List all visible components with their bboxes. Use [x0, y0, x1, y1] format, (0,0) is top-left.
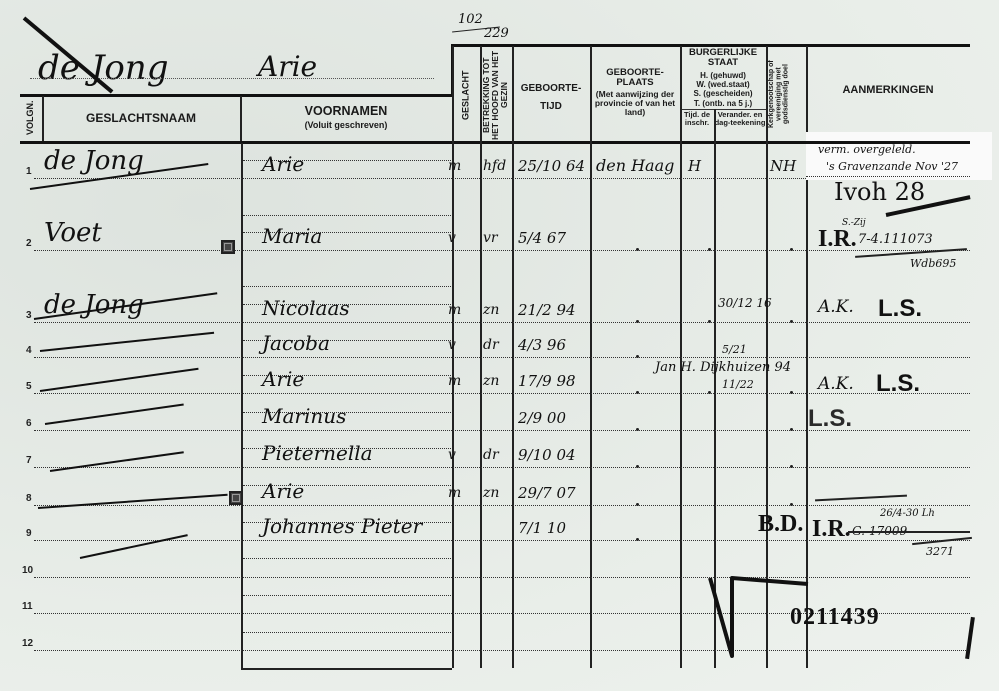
row-geboortetijd: 25/10 64	[518, 157, 585, 175]
header-geslacht: GESLACHT	[456, 52, 476, 138]
col-line-volgn	[42, 96, 44, 141]
r9-num-note: 3271	[926, 545, 954, 558]
ditto-stroke-r9	[80, 534, 188, 559]
ditto-stroke-r8	[38, 494, 228, 509]
ditto-dot	[790, 391, 793, 394]
header-geboorteplaats-sub: (Met aanwijzing der provincie of van het…	[592, 90, 678, 117]
ditto-stroke-r6	[45, 404, 184, 425]
row-dotline	[34, 577, 970, 578]
r6-ls-stamp: L.S.	[808, 405, 852, 433]
margin-mark	[965, 617, 975, 659]
r9-g-strike	[848, 531, 970, 533]
row-betrekking: vr	[483, 230, 498, 246]
row-number: 1	[26, 166, 32, 177]
row-number: 3	[26, 310, 32, 321]
header-top-rule-left	[20, 94, 452, 97]
ditto-dot	[636, 503, 639, 506]
marker-square-r2	[221, 240, 235, 254]
ditto-dot	[790, 320, 793, 323]
card-number-stamp: 0211439	[790, 604, 880, 631]
row-geboortetijd: 2/9 00	[518, 409, 566, 427]
row-number: 2	[26, 238, 32, 249]
ditto-dot	[636, 538, 639, 541]
row-geboortetijd: 7/1 10	[518, 519, 566, 537]
row-surname: de Jong	[44, 146, 144, 176]
r3-verander-date: 30/12 16	[718, 296, 772, 310]
row-number: 12	[22, 638, 33, 649]
row-number: 8	[26, 493, 32, 504]
ditto-dot	[790, 503, 793, 506]
row-geslacht: v	[448, 337, 456, 353]
ditto-stroke-r4	[40, 332, 214, 352]
row-geslacht: m	[448, 373, 461, 389]
row-number: 5	[26, 381, 32, 392]
row-geboortetijd: 21/2 94	[518, 301, 576, 319]
ditto-stroke-r5	[40, 368, 199, 392]
persoonskaart-card: 102 229 de Jong Arie VOLGN. GESLACHTSNAA…	[0, 0, 999, 691]
r4-verander-date: 5/21	[722, 343, 747, 356]
legend-ontbonden: T. (ontb. na 5 j.)	[680, 99, 766, 108]
ditto-dot	[636, 355, 639, 358]
row-dotline	[34, 650, 970, 651]
row-firstname: Arie	[262, 367, 304, 391]
r5-ak-note: A.K.	[818, 374, 854, 394]
ditto-dot	[790, 248, 793, 251]
ditto-dot	[636, 391, 639, 394]
r8-date-note: 26/4-30 Lh	[880, 508, 935, 519]
row-geslacht: m	[448, 302, 461, 318]
row-firstname: Jacoba	[262, 331, 330, 355]
row-number: 10	[22, 565, 33, 576]
header-burgerlijke-legend: H. (gehuwd) W. (wed.staat) S. (gescheide…	[680, 71, 766, 108]
voornamen-subline	[243, 595, 451, 596]
row-firstname: Maria	[262, 224, 322, 248]
row-surname: Voet	[44, 218, 102, 248]
r2-ir-stamp: I.R.	[818, 226, 857, 253]
header-verander: Verander. en dag-teekening	[714, 111, 766, 127]
legend-weduwstaat: W. (wed.staat)	[680, 80, 766, 89]
ditto-dot	[708, 391, 711, 394]
row-number: 11	[22, 601, 33, 612]
row-betrekking: zn	[483, 373, 499, 389]
row-number: 9	[26, 528, 32, 539]
voornamen-subline	[243, 286, 451, 287]
patch-dotline	[806, 176, 970, 177]
header-kerkgenootschap: Kerkgenootschap of vereeniging met godsd…	[768, 48, 806, 140]
r9-ir-stamp: I.R.	[812, 516, 851, 543]
r4-dijkhuizen-note: Jan H. Dijkhuizen 94	[655, 360, 791, 375]
header-geslachtsnaam: GESLACHTSNAAM	[42, 112, 240, 125]
header-betrekking: BETREKKING TOT HET HOOFD VAN HET GEZIN	[482, 50, 512, 140]
header-geboorteplaats: GEBOORTE- PLAATS	[590, 68, 680, 88]
row-firstname: Nicolaas	[262, 296, 350, 320]
r3-ls-stamp: L.S.	[878, 295, 922, 323]
header-aanmerkingen: AANMERKINGEN	[806, 85, 970, 97]
header-burgerlijke-staat: BURGERLIJKE STAAT	[680, 48, 766, 68]
row-dotline	[34, 505, 970, 506]
r5-ls-stamp: L.S.	[876, 370, 920, 398]
header-geboortetijd: GEBOORTE- TIJD	[512, 80, 590, 116]
row-geslacht: m	[448, 485, 461, 501]
row-geboortetijd: 4/3 96	[518, 336, 566, 354]
row-number: 4	[26, 345, 32, 356]
row-firstname: Arie	[262, 479, 304, 503]
row-kerk: NH	[770, 157, 796, 175]
r5-verander-date: 11/22	[722, 378, 754, 391]
r2-small-note: S.-Zij	[842, 218, 866, 228]
ditto-dot	[636, 428, 639, 431]
row-firstname: Arie	[262, 152, 304, 176]
reference-numerator: 102	[458, 12, 483, 27]
row-number: 6	[26, 418, 32, 429]
voornamen-subline	[243, 215, 451, 216]
row-betrekking: zn	[483, 485, 499, 501]
header-volgn: VOLGN.	[26, 98, 40, 138]
ditto-dot	[636, 248, 639, 251]
voornamen-subline	[243, 632, 451, 633]
row-geboortetijd: 17/9 98	[518, 372, 576, 390]
row-geboortetijd: 29/7 07	[518, 484, 576, 502]
row-tijd: H	[688, 157, 701, 175]
col-line-geslachtsnaam-header	[240, 96, 242, 141]
r2-wdb-note: Wdb695	[910, 257, 956, 270]
row-geslacht: v	[448, 230, 456, 246]
col-line-voornamen-left	[241, 143, 243, 668]
voornamen-subline	[243, 558, 451, 559]
row-geslacht: m	[448, 158, 461, 174]
row-firstname: Pieternella	[262, 441, 373, 465]
marker-square-r8	[229, 491, 243, 505]
header-voornamen: VOORNAMEN	[240, 105, 452, 118]
row-number: 7	[26, 455, 32, 466]
row-betrekking: hfd	[483, 158, 506, 174]
r8-line	[815, 495, 907, 502]
header-tijd-inschr: Tijd. de inschr.	[680, 111, 714, 127]
voornamen-bottom	[241, 668, 452, 670]
r1-aanmerking-line1: verm. overgeleld.	[818, 143, 916, 156]
ditto-dot	[636, 320, 639, 323]
row-geboortetijd: 9/10 04	[518, 446, 576, 464]
row-firstname: Johannes Pieter	[262, 514, 422, 538]
ditto-dot	[708, 248, 711, 251]
ditto-dot	[790, 428, 793, 431]
row-dotline	[34, 322, 970, 323]
r1-aanmerking-line2: 's Gravenzande Nov '27	[826, 160, 958, 173]
r2-number-note: 7-4.111073	[858, 232, 933, 247]
r9-bd-stamp: B.D.	[758, 511, 803, 538]
row-betrekking: zn	[483, 302, 499, 318]
r3-ak-note: A.K.	[818, 297, 854, 317]
ditto-dot	[708, 320, 711, 323]
row-geboorteplaats: den Haag	[596, 156, 674, 175]
legend-gescheiden: S. (gescheiden)	[680, 89, 766, 98]
row-geslacht: v	[448, 447, 456, 463]
row-dotline	[34, 467, 970, 468]
row-betrekking: dr	[483, 447, 499, 463]
header-voornamen-sub: (Voluit geschreven)	[240, 121, 452, 130]
r1-ivoh-note: Ivoh 28	[834, 178, 925, 206]
reference-denominator: 229	[484, 26, 509, 41]
name-dotline	[30, 78, 434, 79]
row-firstname: Marinus	[262, 404, 346, 428]
ditto-stroke-r7	[50, 451, 184, 472]
row-betrekking: dr	[483, 337, 499, 353]
legend-gehuwd: H. (gehuwd)	[680, 71, 766, 80]
ditto-dot	[790, 465, 793, 468]
ditto-dot	[636, 465, 639, 468]
row-dotline	[34, 357, 970, 358]
row-geboortetijd: 5/4 67	[518, 229, 566, 247]
